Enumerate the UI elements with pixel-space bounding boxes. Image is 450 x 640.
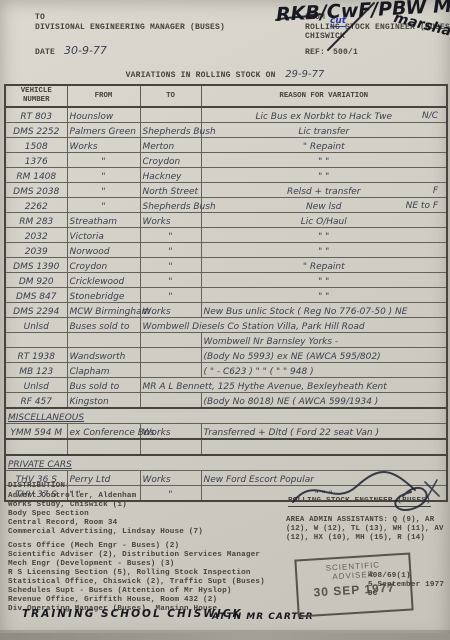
cell-from: Streatham bbox=[67, 213, 140, 228]
stock-row: DMS 847Stonebridge"" " bbox=[5, 288, 447, 303]
cell-to: Works bbox=[140, 303, 201, 318]
cell-vehicle bbox=[5, 439, 67, 455]
cell-vehicle: Unlsd bbox=[5, 318, 67, 333]
ink-strike-marks bbox=[270, 0, 450, 55]
title-date-handwritten: 29-9-77 bbox=[285, 69, 324, 80]
cell-reason: New lsdNE to F bbox=[201, 198, 447, 213]
cell-from: Victoria bbox=[67, 228, 140, 243]
scan-edge bbox=[0, 633, 450, 640]
cell-from: Croydon bbox=[67, 258, 140, 273]
cell-reason: Lic transfer bbox=[201, 123, 447, 138]
cell-from: MCW Birmingham bbox=[67, 303, 140, 318]
title-typed: VARIATIONS IN ROLLING STOCK ON bbox=[126, 71, 276, 80]
cell-from: Cricklewood bbox=[67, 273, 140, 288]
cell-vehicle: 2032 bbox=[5, 228, 67, 243]
stock-row: DM 920Cricklewood"" " bbox=[5, 273, 447, 288]
cell-to: North Street bbox=[140, 183, 201, 198]
distribution-line: Advert Controller, Aldenham bbox=[8, 492, 265, 501]
cell-from: Buses sold to bbox=[67, 318, 140, 333]
stock-row: DMS 2038"North StreetRelsd + transferF bbox=[5, 183, 447, 198]
stock-row: DMS 2252Palmers GreenShepherds BushLic t… bbox=[5, 123, 447, 138]
cell-vehicle: RM 1408 bbox=[5, 168, 67, 183]
cell-reason: Transferred + Dltd ( Ford 22 seat Van ) bbox=[201, 424, 447, 440]
cell-reason: New Bus unlic Stock ( Reg No 776-07-50 )… bbox=[201, 303, 447, 318]
cell-to: Shepherds Bush bbox=[140, 123, 201, 138]
cell-to bbox=[140, 439, 201, 455]
cell-reason: " " bbox=[201, 243, 447, 258]
cell-reason: " " bbox=[201, 273, 447, 288]
distribution-line: R S Licensing Section (5), Rolling Stock… bbox=[8, 569, 265, 578]
stock-row bbox=[5, 439, 447, 455]
stock-row: 2039Norwood"" " bbox=[5, 243, 447, 258]
cell-vehicle: 1376 bbox=[5, 153, 67, 168]
cell-vehicle: YMM 594 M bbox=[5, 424, 67, 440]
distribution-line: Schedules Supt - Buses (Attention of Mr … bbox=[8, 587, 265, 596]
cell-to: Croydon bbox=[140, 153, 201, 168]
cell-vehicle: DMS 2294 bbox=[5, 303, 67, 318]
distribution-line: Statistical Office, Chiswick (2), Traffi… bbox=[8, 578, 265, 587]
cell-from: Works bbox=[67, 138, 140, 153]
distribution-line: Works Study, Chiswick (1) bbox=[8, 501, 265, 510]
cell-to: " bbox=[140, 288, 201, 303]
cell-reason-note: F bbox=[433, 186, 438, 196]
cell-reason: Lic O/Haul bbox=[201, 213, 447, 228]
cell-vehicle bbox=[5, 333, 67, 348]
stock-row: YMM 594 Mex Conference BusWorksTransferr… bbox=[5, 424, 447, 440]
stock-table-body: RT 803HounslowLic Bus ex Norbkt to Hack … bbox=[5, 107, 447, 501]
stock-row: 2032Victoria"" " bbox=[5, 228, 447, 243]
cell-from: Kingston bbox=[67, 393, 140, 409]
cell-span-detail: MR A L Bennett, 125 Hythe Avenue, Bexley… bbox=[140, 378, 447, 393]
cell-reason: " " bbox=[201, 153, 447, 168]
cell-to: Hackney bbox=[140, 168, 201, 183]
cell-vehicle: DMS 2252 bbox=[5, 123, 67, 138]
col-to: TO bbox=[140, 85, 201, 107]
distribution-line: Central Record, Room 34 bbox=[8, 519, 265, 528]
stock-row: DMS 2294MCW BirminghamWorksNew Bus unlic… bbox=[5, 303, 447, 318]
section-label: MISCELLANEOUS bbox=[5, 408, 447, 424]
stock-row: 2262"Shepherds BushNew lsdNE to F bbox=[5, 198, 447, 213]
cell-from: " bbox=[67, 168, 140, 183]
distribution-list: Advert Controller, AldenhamWorks Study, … bbox=[8, 492, 265, 614]
cell-vehicle: 2262 bbox=[5, 198, 67, 213]
ref-date: 5 September 1977 bbox=[368, 581, 444, 589]
cell-reason: ( " - C623 ) " " ( " " 948 ) bbox=[201, 363, 447, 378]
cell-from: Clapham bbox=[67, 363, 140, 378]
cell-to bbox=[140, 107, 201, 123]
distribution-heading: DISTRIBUTION: bbox=[8, 482, 70, 490]
cell-reason: Relsd + transferF bbox=[201, 183, 447, 198]
cell-to: " bbox=[140, 243, 201, 258]
distribution-line: Costs Office (Mech Engr - Buses) (2) bbox=[8, 542, 265, 551]
cell-to bbox=[140, 393, 201, 409]
date-label: DATE bbox=[35, 48, 55, 57]
distribution-line: Body Spec Section bbox=[8, 510, 265, 519]
variations-table: VEHICLE NUMBER FROM TO REASON FOR VARIAT… bbox=[4, 84, 448, 502]
cell-reason-note: N/C bbox=[422, 111, 438, 121]
cell-to: Shepherds Bush bbox=[140, 198, 201, 213]
stock-row: Wombwell Nr Barnsley Yorks - bbox=[5, 333, 447, 348]
cell-from: Norwood bbox=[67, 243, 140, 258]
cell-from: Palmers Green bbox=[67, 123, 140, 138]
cell-vehicle: DMS 847 bbox=[5, 288, 67, 303]
cell-from bbox=[67, 439, 140, 455]
stock-row: RM 1408"Hackney" " bbox=[5, 168, 447, 183]
to-value: DIVISIONAL ENGINEERING MANAGER (BUSES) bbox=[35, 23, 225, 32]
cell-vehicle: RF 457 bbox=[5, 393, 67, 409]
cell-to bbox=[140, 363, 201, 378]
distribution-line: Revenue Office, Griffith House, Room 432… bbox=[8, 596, 265, 605]
stock-row: RT 1938Wandsworth(Body No 5993) ex NE (A… bbox=[5, 348, 447, 363]
cell-vehicle: DM 920 bbox=[5, 273, 67, 288]
stock-row: RF 457Kingston(Body No 8018) NE ( AWCA 5… bbox=[5, 393, 447, 409]
cell-vehicle: 2039 bbox=[5, 243, 67, 258]
col-from: FROM bbox=[67, 85, 140, 107]
cell-vehicle: RT 803 bbox=[5, 107, 67, 123]
cell-to: Works bbox=[140, 471, 201, 486]
cell-to: " bbox=[140, 228, 201, 243]
cell-reason bbox=[201, 439, 447, 455]
cell-from: Perry Ltd bbox=[67, 471, 140, 486]
cell-reason: " " bbox=[201, 168, 447, 183]
distribution-line: Commercial Advertising, Lindsay House (7… bbox=[8, 528, 265, 537]
cell-reason: Wombwell Nr Barnsley Yorks - bbox=[201, 333, 447, 348]
cell-from: Wandsworth bbox=[67, 348, 140, 363]
cell-vehicle: MB 123 bbox=[5, 363, 67, 378]
cell-reason: " Repaint bbox=[201, 138, 447, 153]
cell-vehicle: 1508 bbox=[5, 138, 67, 153]
scanned-memo-page: TO DIVISIONAL ENGINEERING MANAGER (BUSES… bbox=[0, 0, 450, 640]
cell-to bbox=[140, 333, 201, 348]
cell-reason-note: NE to F bbox=[406, 201, 438, 211]
stock-row: UnlsdBuses sold toWombwell Diesels Co St… bbox=[5, 318, 447, 333]
stock-row: DMS 1390Croydon"" Repaint bbox=[5, 258, 447, 273]
variations-table-header: VEHICLE NUMBER FROM TO REASON FOR VARIAT… bbox=[5, 85, 447, 107]
cell-to: Works bbox=[140, 213, 201, 228]
cell-from: " bbox=[67, 153, 140, 168]
stock-row: UnlsdBus sold toMR A L Bennett, 125 Hyth… bbox=[5, 378, 447, 393]
cell-vehicle: DMS 2038 bbox=[5, 183, 67, 198]
col-vehicle-number: VEHICLE NUMBER bbox=[5, 85, 67, 107]
ref-number: 408/69(1) bbox=[368, 572, 411, 580]
section-row: MISCELLANEOUS bbox=[5, 408, 447, 424]
cell-from: Bus sold to bbox=[67, 378, 140, 393]
cell-to: Works bbox=[140, 424, 201, 440]
cell-reason: " Repaint bbox=[201, 258, 447, 273]
stock-row: 1508WorksMerton" Repaint bbox=[5, 138, 447, 153]
cell-from: Stonebridge bbox=[67, 288, 140, 303]
cell-span-detail: Wombwell Diesels Co Station Villa, Park … bbox=[140, 318, 447, 333]
cell-from: " bbox=[67, 183, 140, 198]
stock-row: RM 283StreathamWorksLic O/Haul bbox=[5, 213, 447, 228]
cell-reason: (Body No 5993) ex NE (AWCA 595/802) bbox=[201, 348, 447, 363]
cell-reason: Lic Bus ex Norbkt to Hack TweN/C bbox=[201, 107, 447, 123]
col-reason: REASON FOR VARIATION bbox=[201, 85, 447, 107]
stock-row: MB 123Clapham( " - C623 ) " " ( " " 948 … bbox=[5, 363, 447, 378]
ref-initials: DC bbox=[368, 590, 378, 598]
handwritten-training-school: TRAINING SCHOOL CHISWICK bbox=[22, 608, 243, 620]
cell-reason: " " bbox=[201, 288, 447, 303]
cell-vehicle: RM 283 bbox=[5, 213, 67, 228]
cell-reason: (Body No 8018) NE ( AWCA 599/1934 ) bbox=[201, 393, 447, 409]
cell-to: " bbox=[140, 258, 201, 273]
signature-scrawl bbox=[285, 462, 450, 517]
cell-vehicle: Unlsd bbox=[5, 378, 67, 393]
cell-to: Merton bbox=[140, 138, 201, 153]
cell-vehicle: DMS 1390 bbox=[5, 258, 67, 273]
stock-row: 1376"Croydon" " bbox=[5, 153, 447, 168]
document-title: VARIATIONS IN ROLLING STOCK ON 29-9-77 bbox=[0, 64, 450, 82]
cell-to: " bbox=[140, 273, 201, 288]
date-value-handwritten: 30-9-77 bbox=[64, 44, 107, 57]
cell-to bbox=[140, 348, 201, 363]
to-label: TO bbox=[35, 13, 45, 22]
distribution-line: Mech Engr (Development - Buses) (3) bbox=[8, 560, 265, 569]
stock-row: RT 803HounslowLic Bus ex Norbkt to Hack … bbox=[5, 107, 447, 123]
cell-from: " bbox=[67, 198, 140, 213]
cell-from bbox=[67, 333, 140, 348]
cell-vehicle: RT 1938 bbox=[5, 348, 67, 363]
admin-assistants: AREA ADMIN ASSISTANTS: Q (9), AR (12), W… bbox=[286, 516, 446, 543]
cell-from: ex Conference Bus bbox=[67, 424, 140, 440]
cell-from: Hounslow bbox=[67, 107, 140, 123]
distribution-line: Scientific Adviser (2), Distribution Ser… bbox=[8, 551, 265, 560]
cell-reason: " " bbox=[201, 228, 447, 243]
